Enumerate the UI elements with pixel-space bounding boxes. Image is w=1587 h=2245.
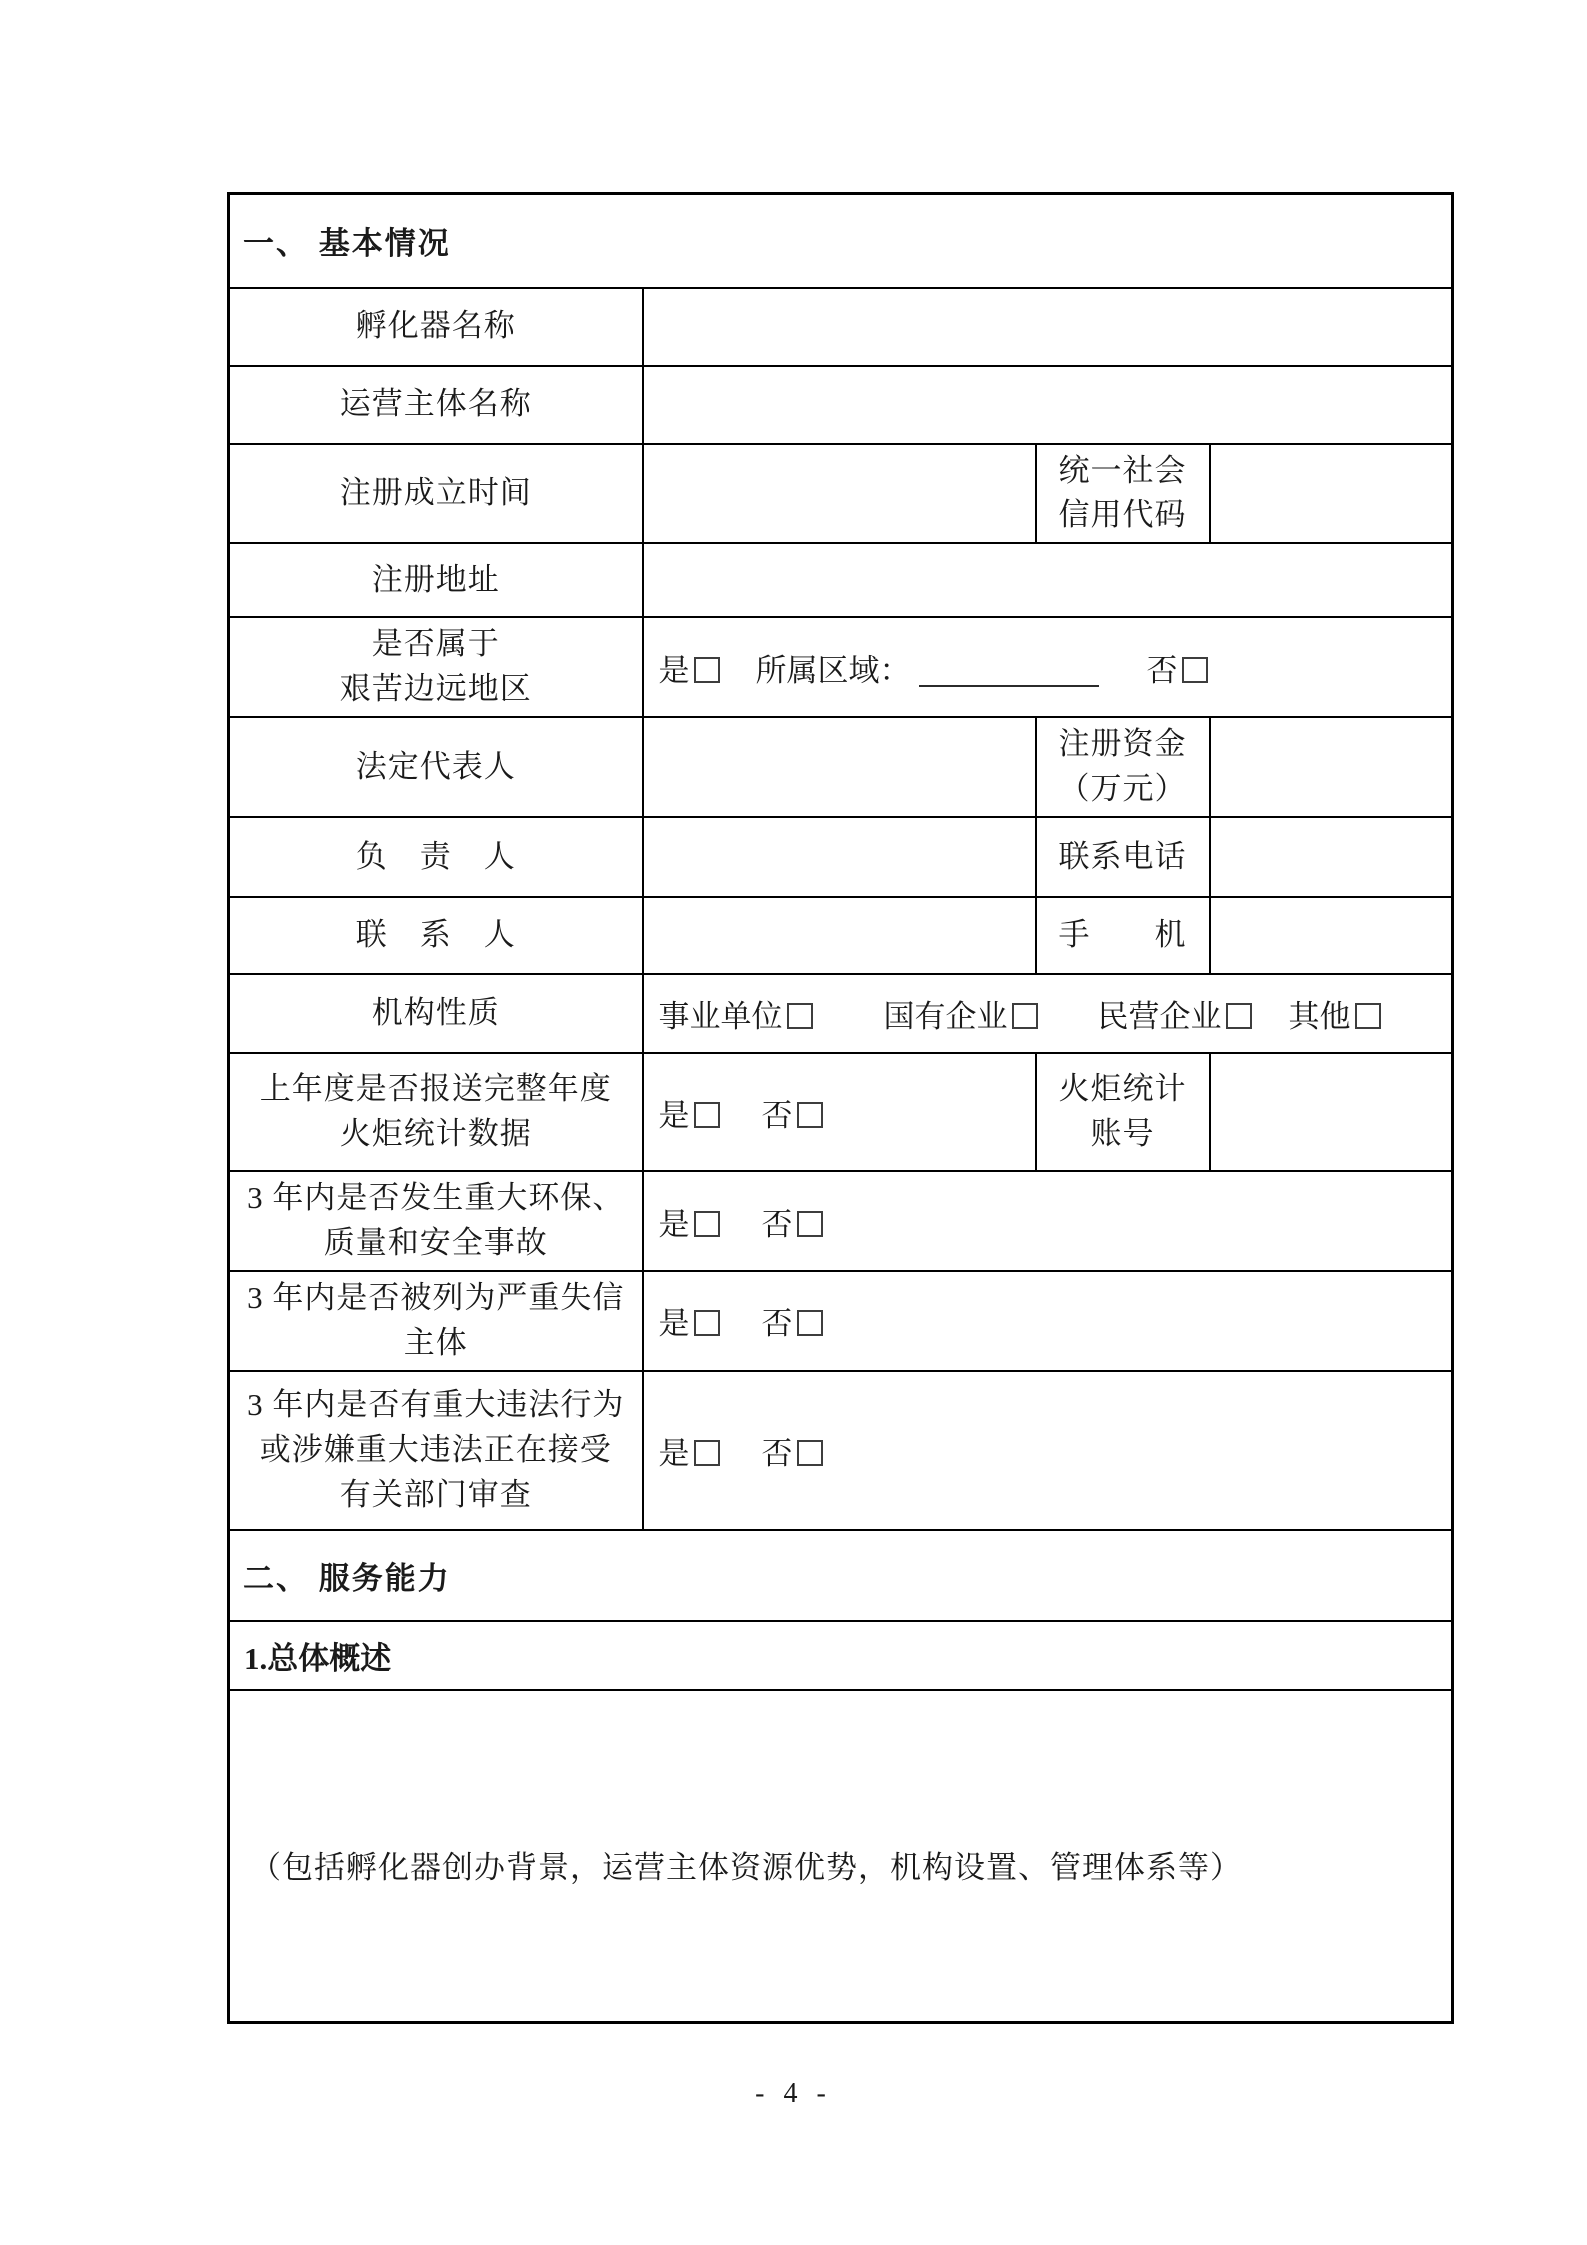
violations-no-checkbox-icon[interactable] — [797, 1440, 823, 1466]
field-incubator-name[interactable] — [643, 288, 1453, 366]
state-owned-checkbox-icon[interactable] — [1012, 1003, 1038, 1029]
hardship-yes-checkbox-icon[interactable] — [694, 657, 720, 683]
label-major-violations: 3 年内是否有重大违法行为 或涉嫌重大违法正在接受 有关部门审查 — [229, 1371, 643, 1530]
label-unified-social-credit-code: 统一社会 信用代码 — [1036, 444, 1210, 544]
field-unified-social-credit-code[interactable] — [1210, 444, 1453, 544]
torch-no-label: 否 — [762, 1098, 793, 1133]
label-registration-date: 注册成立时间 — [229, 444, 643, 544]
org-type-option-other: 其他 — [1289, 999, 1351, 1034]
accidents-yes-label: 是 — [659, 1207, 690, 1242]
label-principal: 负 责 人 — [229, 817, 643, 897]
label-contact-person: 联 系 人 — [229, 897, 643, 974]
overview-heading-row: 1.总体概述 — [229, 1621, 1453, 1690]
field-mobile[interactable] — [1210, 897, 1453, 974]
field-major-violations: 是否 — [643, 1371, 1453, 1530]
section-2-title-row: 二、 服务能力 — [229, 1530, 1453, 1621]
overview-heading: 1.总体概述 — [229, 1621, 1453, 1690]
private-enterprise-checkbox-icon[interactable] — [1226, 1003, 1252, 1029]
org-type-option-state-owned: 国有企业 — [884, 999, 1008, 1034]
page-number: - 4 - — [0, 2078, 1587, 2110]
field-contact-phone[interactable] — [1210, 817, 1453, 897]
overview-note-text: （包括孵化器创办背景，运营主体资源优势，机构设置、管理体系等） — [250, 1850, 1242, 1885]
field-hardship-area: 是所属区域：否 — [643, 617, 1453, 717]
field-operator-name[interactable] — [643, 366, 1453, 444]
label-serious-dishonesty: 3 年内是否被列为严重失信 主体 — [229, 1271, 643, 1371]
dishonesty-yes-checkbox-icon[interactable] — [694, 1310, 720, 1336]
hardship-yes-label: 是 — [659, 653, 690, 688]
field-torch-account[interactable] — [1210, 1053, 1453, 1171]
label-registered-capital: 注册资金 （万元） — [1036, 717, 1210, 817]
row-serious-dishonesty: 3 年内是否被列为严重失信 主体 是否 — [229, 1271, 1453, 1371]
violations-yes-label: 是 — [659, 1436, 690, 1471]
row-contact-person: 联 系 人 手 机 — [229, 897, 1453, 974]
torch-yes-label: 是 — [659, 1098, 690, 1133]
label-torch-statistics-report: 上年度是否报送完整年度 火炬统计数据 — [229, 1053, 643, 1171]
row-major-accidents: 3 年内是否发生重大环保、 质量和安全事故 是否 — [229, 1171, 1453, 1271]
label-hardship-area: 是否属于 艰苦边远地区 — [229, 617, 643, 717]
field-major-accidents: 是否 — [643, 1171, 1453, 1271]
field-legal-representative[interactable] — [643, 717, 1036, 817]
row-organization-type: 机构性质 事业单位国有企业民营企业其他 — [229, 974, 1453, 1053]
label-torch-account: 火炬统计 账号 — [1036, 1053, 1210, 1171]
overview-note-cell[interactable]: （包括孵化器创办背景，运营主体资源优势，机构设置、管理体系等） — [229, 1690, 1453, 2023]
section-2-title: 二、 服务能力 — [229, 1530, 1453, 1621]
label-registered-address: 注册地址 — [229, 543, 643, 617]
torch-no-checkbox-icon[interactable] — [797, 1102, 823, 1128]
hardship-no-checkbox-icon[interactable] — [1182, 657, 1208, 683]
label-contact-phone: 联系电话 — [1036, 817, 1210, 897]
accidents-no-label: 否 — [762, 1207, 793, 1242]
section-1-title-row: 一、 基本情况 — [229, 194, 1453, 288]
field-serious-dishonesty: 是否 — [643, 1271, 1453, 1371]
accidents-no-checkbox-icon[interactable] — [797, 1211, 823, 1237]
field-registration-date[interactable] — [643, 444, 1036, 544]
field-principal[interactable] — [643, 817, 1036, 897]
field-torch-statistics-report: 是否 — [643, 1053, 1036, 1171]
field-registered-address[interactable] — [643, 543, 1453, 617]
section-1-title: 一、 基本情况 — [229, 194, 1453, 288]
violations-yes-checkbox-icon[interactable] — [694, 1440, 720, 1466]
torch-yes-checkbox-icon[interactable] — [694, 1102, 720, 1128]
org-type-option-public-institution: 事业单位 — [659, 999, 783, 1034]
row-principal: 负 责 人 联系电话 — [229, 817, 1453, 897]
row-incubator-name: 孵化器名称 — [229, 288, 1453, 366]
label-major-accidents: 3 年内是否发生重大环保、 质量和安全事故 — [229, 1171, 643, 1271]
dishonesty-yes-label: 是 — [659, 1306, 690, 1341]
other-checkbox-icon[interactable] — [1355, 1003, 1381, 1029]
field-contact-person[interactable] — [643, 897, 1036, 974]
application-form-table: 一、 基本情况 孵化器名称 运营主体名称 注册成立时间 统一社会 信用代码 注册… — [227, 192, 1454, 2024]
label-operator-name: 运营主体名称 — [229, 366, 643, 444]
field-registered-capital[interactable] — [1210, 717, 1453, 817]
violations-no-label: 否 — [762, 1436, 793, 1471]
row-registration-date: 注册成立时间 统一社会 信用代码 — [229, 444, 1453, 544]
row-torch-statistics-report: 上年度是否报送完整年度 火炬统计数据 是否 火炬统计 账号 — [229, 1053, 1453, 1171]
label-legal-representative: 法定代表人 — [229, 717, 643, 817]
label-mobile: 手 机 — [1036, 897, 1210, 974]
row-major-violations: 3 年内是否有重大违法行为 或涉嫌重大违法正在接受 有关部门审查 是否 — [229, 1371, 1453, 1530]
row-hardship-area: 是否属于 艰苦边远地区 是所属区域：否 — [229, 617, 1453, 717]
overview-content-row: （包括孵化器创办背景，运营主体资源优势，机构设置、管理体系等） — [229, 1690, 1453, 2023]
field-organization-type: 事业单位国有企业民营企业其他 — [643, 974, 1453, 1053]
label-incubator-name: 孵化器名称 — [229, 288, 643, 366]
dishonesty-no-checkbox-icon[interactable] — [797, 1310, 823, 1336]
region-blank-line[interactable] — [919, 685, 1099, 687]
hardship-no-label: 否 — [1147, 653, 1178, 688]
row-operator-name: 运营主体名称 — [229, 366, 1453, 444]
label-organization-type: 机构性质 — [229, 974, 643, 1053]
row-registered-address: 注册地址 — [229, 543, 1453, 617]
public-institution-checkbox-icon[interactable] — [787, 1003, 813, 1029]
dishonesty-no-label: 否 — [762, 1306, 793, 1341]
org-type-option-private: 民营企业 — [1098, 999, 1222, 1034]
region-label: 所属区域： — [756, 653, 911, 688]
row-legal-representative: 法定代表人 注册资金 （万元） — [229, 717, 1453, 817]
accidents-yes-checkbox-icon[interactable] — [694, 1211, 720, 1237]
document-page: 一、 基本情况 孵化器名称 运营主体名称 注册成立时间 统一社会 信用代码 注册… — [0, 0, 1587, 2245]
